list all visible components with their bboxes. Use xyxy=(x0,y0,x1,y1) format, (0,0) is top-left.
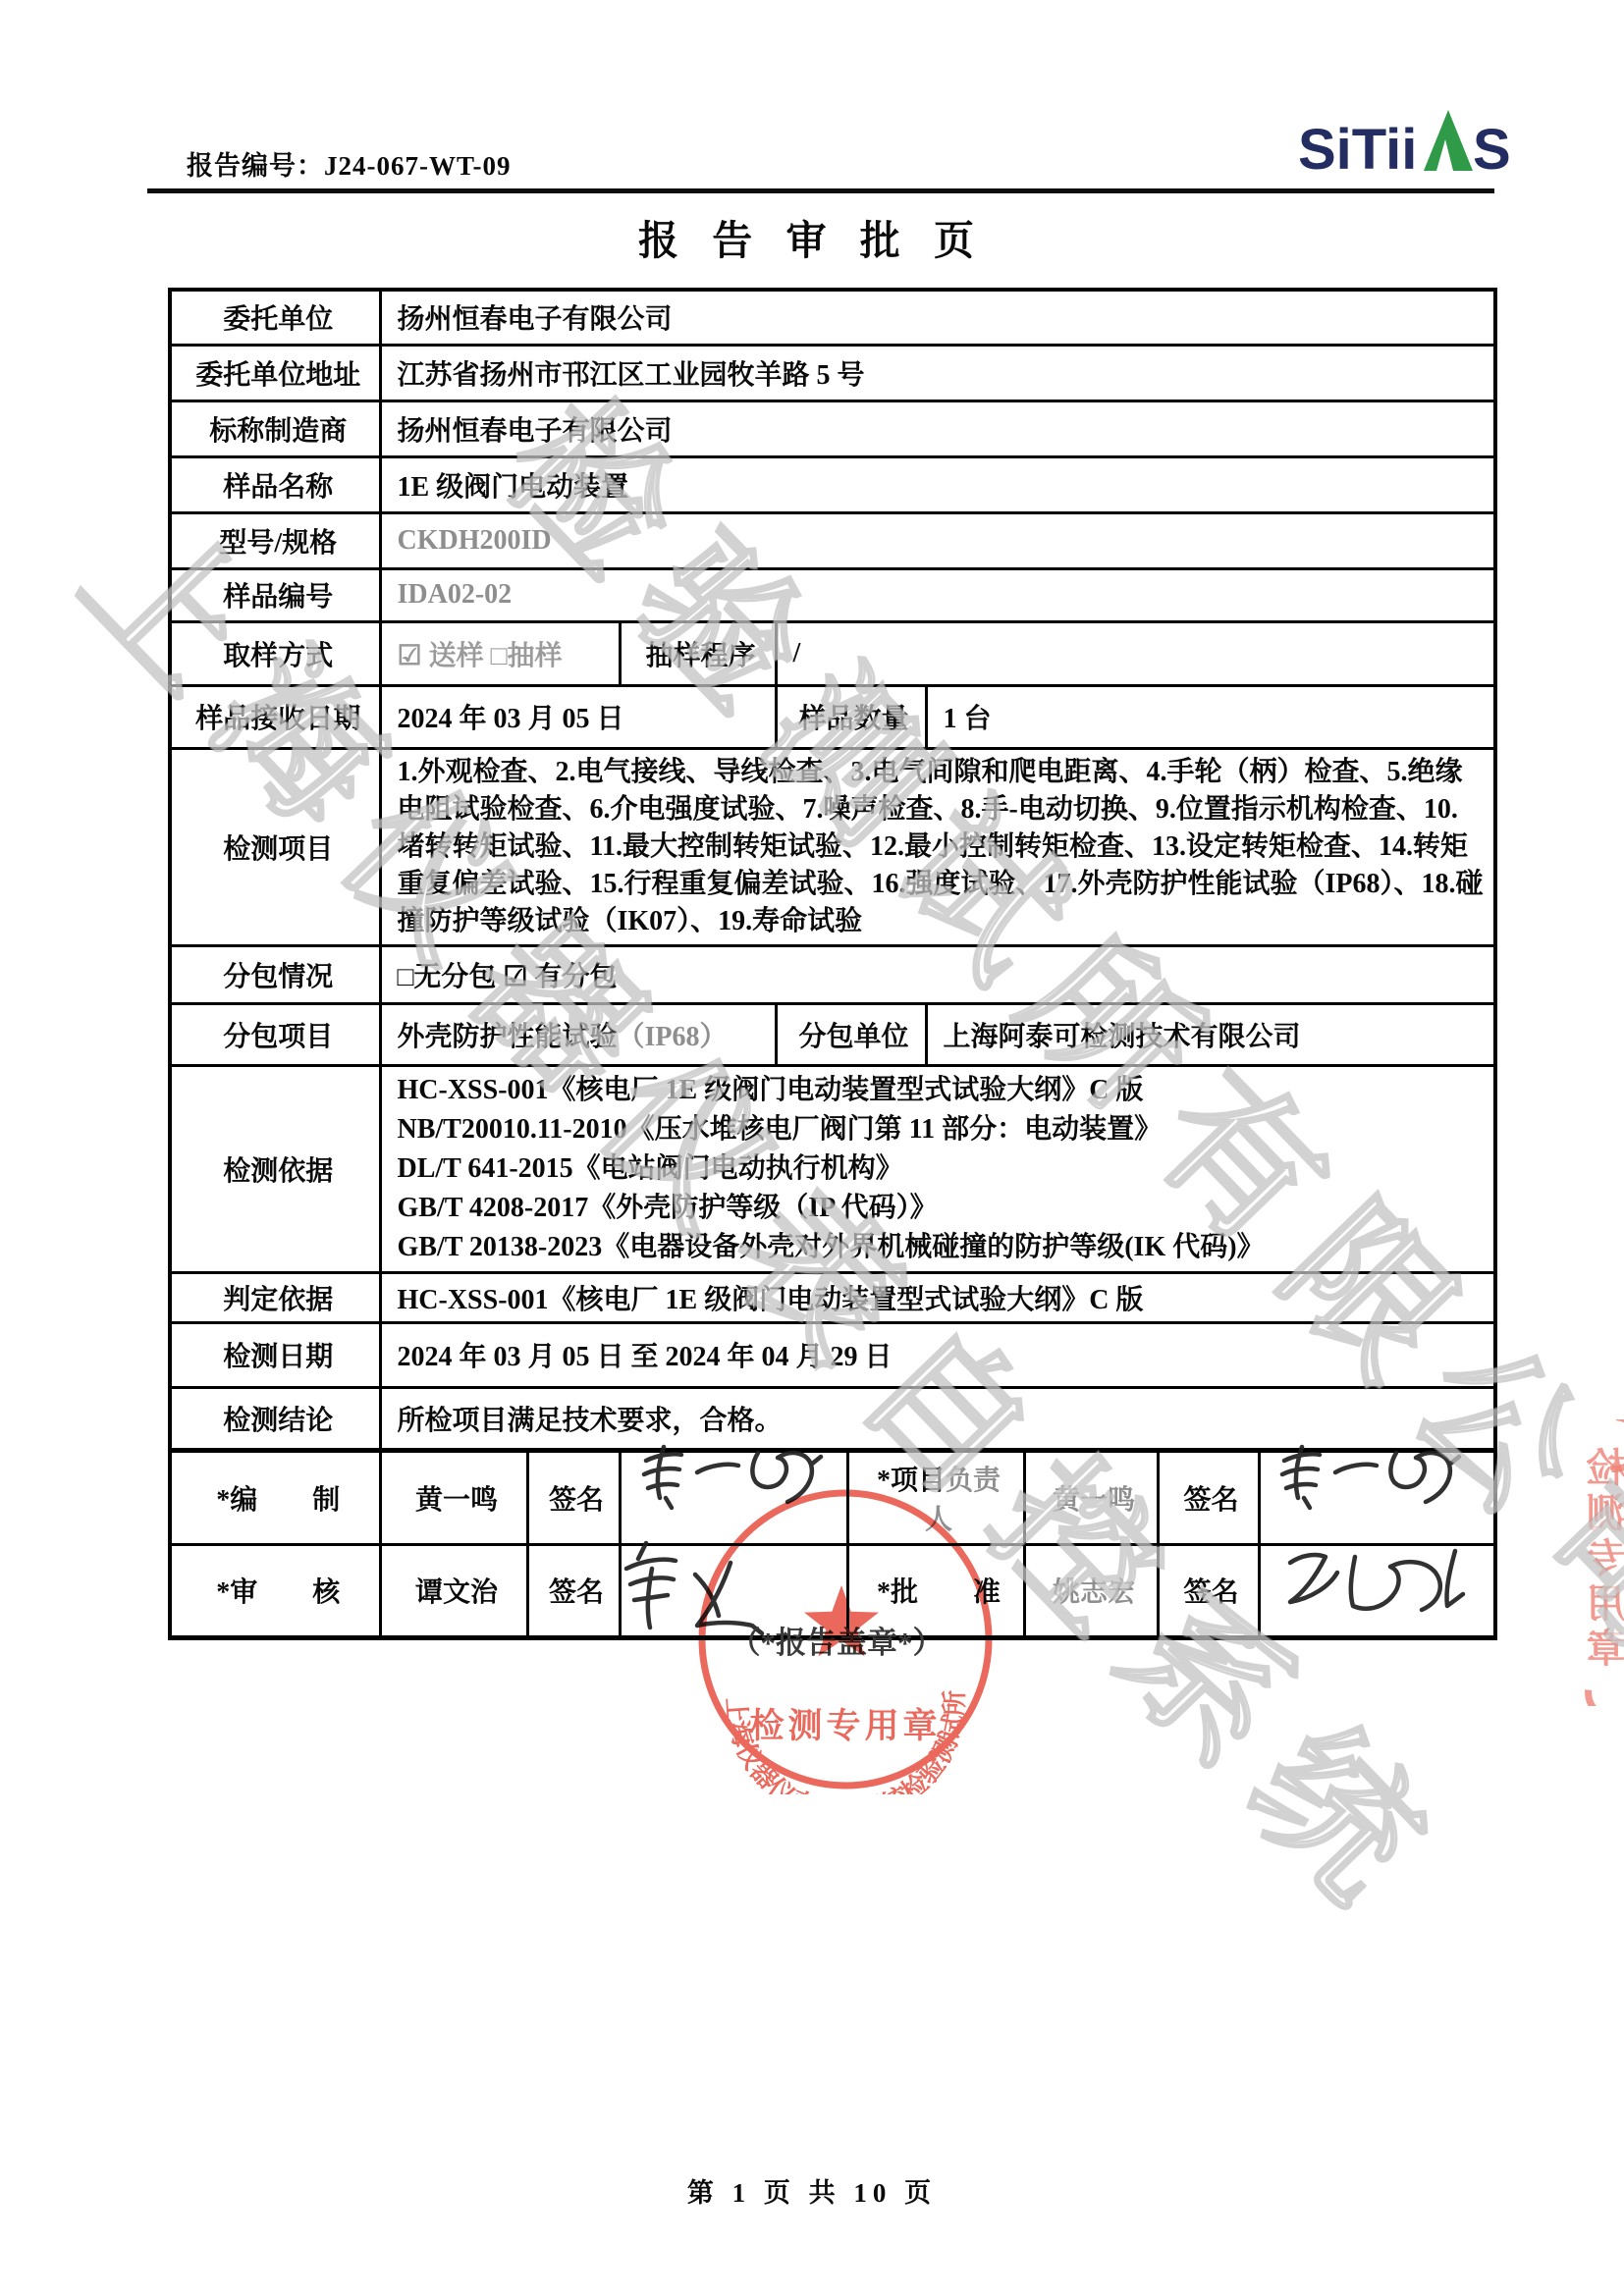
field-label: 样品名称 xyxy=(170,456,380,512)
inspection-stamp: 上海仪器仪表自控系统检验测试所有限公司 检测专用章 xyxy=(692,1484,999,1794)
field-label: 标称制造商 xyxy=(170,400,380,456)
reviewed-name: 谭文治 xyxy=(380,1544,527,1637)
subcontract-unit-value: 上海阿泰可检测技术有限公司 xyxy=(926,1003,1495,1065)
field-label: 判定依据 xyxy=(170,1272,380,1322)
signature-yao xyxy=(1272,1533,1489,1624)
subcontract-unit-label: 分包单位 xyxy=(776,1003,926,1065)
field-label: 样品接收日期 xyxy=(170,685,380,748)
logo-text-right: S xyxy=(1473,118,1511,182)
report-approval-page: 报告编号：J24-067-WT-09 SiTii S 报 告 审 批 页 委托单… xyxy=(0,0,1624,2296)
field-label: 取样方式 xyxy=(170,621,380,685)
subcontract-checkboxes: □无分包 ☑ 有分包 xyxy=(380,945,1495,1003)
project-leader-name: 黄一鸣 xyxy=(1024,1450,1158,1544)
sign-label: 签名 xyxy=(527,1544,620,1637)
sampling-procedure-value: / xyxy=(776,621,1495,685)
sampling-checkboxes: ☑ 送样 □抽样 xyxy=(380,621,620,685)
row-manufacturer: 标称制造商 扬州恒春电子有限公司 xyxy=(170,400,1495,456)
page-title: 报 告 审 批 页 xyxy=(0,208,1624,266)
row-receive-date: 样品接收日期 2024 年 03 月 05 日 样品数量 1 台 xyxy=(170,685,1495,748)
sample-qty-value: 1 台 xyxy=(926,685,1495,748)
field-value: 扬州恒春电子有限公司 xyxy=(380,400,1495,456)
field-label: 分包情况 xyxy=(170,945,380,1003)
row-test-basis: 检测依据 HC-XSS-001《核电厂 1E 级阀门电动装置型式试验大纲》C 版… xyxy=(170,1065,1495,1272)
signature-huang-2 xyxy=(1274,1435,1471,1514)
field-label: 检测结论 xyxy=(170,1387,380,1450)
field-label: 检测日期 xyxy=(170,1322,380,1387)
basis-line: HC-XSS-001《核电厂 1E 级阀门电动装置型式试验大纲》C 版 xyxy=(398,1071,1485,1110)
field-label: 样品编号 xyxy=(170,568,380,621)
prepared-label: *编 制 xyxy=(170,1450,380,1544)
test-basis-list: HC-XSS-001《核电厂 1E 级阀门电动装置型式试验大纲》C 版 NB/T… xyxy=(380,1065,1495,1272)
page-footer: 第 1 页 共 10 页 xyxy=(0,2171,1624,2210)
row-subcontract-status: 分包情况 □无分包 ☑ 有分包 xyxy=(170,945,1495,1003)
report-number-value: J24-067-WT-09 xyxy=(324,151,512,181)
row-sample-name: 样品名称 1E 级阀门电动装置 xyxy=(170,456,1495,512)
basis-line: DL/T 641-2015《电站阀门电动执行机构》 xyxy=(398,1149,1485,1189)
basis-line: NB/T20010.11-2010《压水堆核电厂阀门第 11 部分：电动装置》 xyxy=(398,1110,1485,1149)
field-label: 分包项目 xyxy=(170,1003,380,1065)
row-test-items: 检测项目 1.外观检查、2.电气接线、导线检查、3.电气间隙和爬电距离、4.手轮… xyxy=(170,748,1495,945)
test-items-text: 1.外观检查、2.电气接线、导线检查、3.电气间隙和爬电距离、4.手轮（柄）检查… xyxy=(380,748,1495,945)
sampling-procedure-label: 抽样程序 xyxy=(620,621,776,685)
subcontract-item-value: 外壳防护性能试验（IP68） xyxy=(380,1003,776,1065)
row-sample-no: 样品编号 IDA02-02 xyxy=(170,568,1495,621)
basis-line: GB/T 4208-2017《外壳防护等级（IP 代码）》 xyxy=(398,1189,1485,1228)
row-client-address: 委托单位地址 江苏省扬州市邗江区工业园牧羊路 5 号 xyxy=(170,345,1495,400)
field-label: 检测依据 xyxy=(170,1065,380,1272)
subcontract-item-main: 外壳防护性能试验 xyxy=(398,1022,618,1052)
row-sampling-method: 取样方式 ☑ 送样 □抽样 抽样程序 / xyxy=(170,621,1495,685)
stamp-star-icon xyxy=(804,1585,879,1656)
field-value: 2024 年 03 月 05 日 至 2024 年 04 月 29 日 xyxy=(380,1322,1495,1387)
sign-label: 签名 xyxy=(1158,1450,1259,1544)
header-divider xyxy=(147,188,1494,193)
row-client: 委托单位 扬州恒春电子有限公司 xyxy=(170,290,1495,345)
reviewed-label: *审 核 xyxy=(170,1544,380,1637)
field-value: CKDH200ID xyxy=(380,512,1495,568)
field-value: 扬州恒春电子有限公司 xyxy=(380,290,1495,345)
basis-line: GB/T 20138-2023《电器设备外壳对外界机械碰撞的防护等级(IK 代码… xyxy=(398,1228,1485,1267)
field-label: 委托单位地址 xyxy=(170,345,380,400)
logo-text-left: SiTii xyxy=(1298,118,1417,182)
approved-name: 姚志宏 xyxy=(1024,1544,1158,1637)
row-test-date: 检测日期 2024 年 03 月 05 日 至 2024 年 04 月 29 日 xyxy=(170,1322,1495,1387)
sitiias-logo: SiTii S xyxy=(1298,106,1518,188)
field-value: 1E 级阀门电动装置 xyxy=(380,456,1495,512)
field-value: IDA02-02 xyxy=(380,568,1495,621)
field-value: HC-XSS-001《核电厂 1E 级阀门电动装置型式试验大纲》C 版 xyxy=(380,1272,1495,1322)
sample-qty-label: 样品数量 xyxy=(776,685,926,748)
field-value: 江苏省扬州市邗江区工业园牧羊路 5 号 xyxy=(380,345,1495,400)
receive-date-value: 2024 年 03 月 05 日 xyxy=(380,685,776,748)
report-number: 报告编号：J24-067-WT-09 xyxy=(187,144,512,183)
ghost-stamp-text: 检测专用章 xyxy=(1581,1447,1624,1673)
row-judgment-basis: 判定依据 HC-XSS-001《核电厂 1E 级阀门电动装置型式试验大纲》C 版 xyxy=(170,1272,1495,1322)
sign-label: 签名 xyxy=(1158,1544,1259,1637)
sign-label: 签名 xyxy=(527,1450,620,1544)
field-label: 委托单位 xyxy=(170,290,380,345)
report-number-label: 报告编号： xyxy=(187,151,324,181)
subcontract-item-sub: （IP68） xyxy=(618,1022,728,1052)
field-label: 型号/规格 xyxy=(170,512,380,568)
row-model-spec: 型号/规格 CKDH200ID xyxy=(170,512,1495,568)
row-subcontract-item: 分包项目 外壳防护性能试验（IP68） 分包单位 上海阿泰可检测技术有限公司 xyxy=(170,1003,1495,1065)
logo-green-a-icon xyxy=(1424,110,1473,171)
prepared-name: 黄一鸣 xyxy=(380,1450,527,1544)
edge-ghost-stamp: 检测专用章 xyxy=(1567,1419,1624,1706)
field-label: 检测项目 xyxy=(170,748,380,945)
stamp-bottom-text: 检测专用章 xyxy=(749,1706,941,1745)
